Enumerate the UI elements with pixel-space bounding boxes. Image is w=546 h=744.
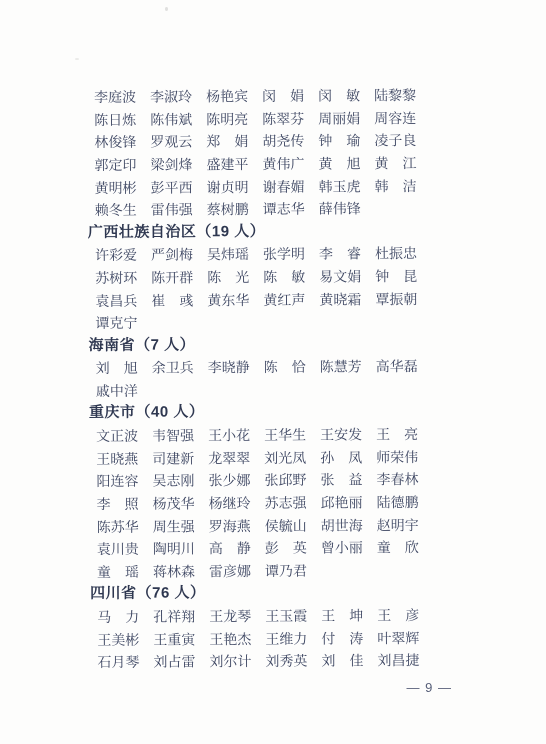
person-name: 凌子良: [374, 131, 416, 151]
person-name: 黄 江: [374, 153, 416, 173]
name-row: 黄明彬彭平西谢贞明谢春媚韩玉虎韩 洁: [95, 174, 455, 199]
name-row: 王晓燕司建新龙翠翠刘光凤孙 凤师荣伟: [96, 445, 456, 470]
person-name: 许彩爱: [95, 245, 137, 265]
person-name: 司建新: [152, 448, 194, 468]
section-header: 重庆市（40 人）: [89, 400, 456, 425]
person-name: 曾小丽: [321, 538, 363, 558]
person-name: 王小花: [208, 425, 250, 445]
person-name: 袁昌兵: [95, 290, 137, 310]
person-name: 黄明彬: [95, 177, 137, 197]
person-name: 阳连容: [96, 471, 138, 491]
person-name: 王安发: [320, 425, 362, 445]
person-name: 陈 光: [207, 267, 249, 287]
person-name: 陈 恰: [264, 357, 306, 377]
person-name: 崔 彧: [151, 290, 193, 310]
person-name: 胡尧传: [262, 131, 304, 151]
person-name: 李 照: [96, 494, 138, 514]
person-name: 陆黎黎: [374, 85, 416, 105]
name-row: 戚中洋: [96, 378, 456, 403]
person-name: 李庭波: [94, 87, 136, 107]
person-name: 杨茂华: [152, 493, 194, 513]
person-name: 张学明: [263, 244, 305, 264]
person-name: 王 彦: [377, 605, 419, 625]
person-name: 高华磊: [376, 356, 418, 376]
person-name: 严剑梅: [151, 245, 193, 265]
person-name: 雷伟强: [151, 200, 193, 220]
person-name: 王艳杰: [209, 629, 251, 649]
person-name: 苏树环: [95, 268, 137, 288]
name-row: 陈日炼陈伟斌陈明亮陈翠芬周丽娟周容连: [94, 106, 454, 131]
person-name: 陈伟斌: [150, 109, 192, 129]
person-name: 李淑玲: [150, 87, 192, 107]
person-name: 刘尔计: [209, 651, 251, 671]
person-name: 陈开群: [151, 267, 193, 287]
person-name: 黄伟广: [262, 154, 304, 174]
name-row: 谭克宁: [95, 310, 455, 335]
person-name: 王玉霞: [265, 606, 307, 626]
name-row: 苏树环陈开群陈 光陈 敏易文娟钟 昆: [95, 265, 455, 290]
person-name: 谭克宁: [95, 313, 137, 333]
person-name: 易文娟: [319, 266, 361, 286]
name-row: 刘 旭余卫兵李晓静陈 恰陈慧芳高华磊: [96, 355, 456, 380]
person-name: 吴炜瑶: [207, 245, 249, 265]
person-name: 戚中洋: [96, 381, 138, 401]
person-name: 苏志强: [264, 493, 306, 513]
person-name: 陈慧芳: [320, 357, 362, 377]
person-name: 刘秀英: [265, 651, 307, 671]
person-name: 刘 旭: [96, 358, 138, 378]
scan-speck: [165, 7, 168, 11]
section-header: 广西壮族自治区（19 人）: [88, 219, 455, 244]
person-name: 谭乃君: [265, 560, 307, 580]
person-name: 张邱野: [264, 470, 306, 490]
person-name: 林俊锋: [94, 132, 136, 152]
person-name: 孔祥翔: [153, 606, 195, 626]
person-name: 胡世海: [321, 515, 363, 535]
person-name: 刘昌捷: [377, 650, 419, 670]
person-name: 王美彬: [97, 629, 139, 649]
person-name: 罗海燕: [209, 516, 251, 536]
page-number: — 9 —: [407, 680, 452, 695]
name-row: 李 照杨茂华杨继玲苏志强邱艳丽陆德鹏: [96, 490, 456, 515]
person-name: 李晓静: [208, 357, 250, 377]
scanned-document-page: 李庭波李淑玲杨艳宾闵 娟闵 敏陆黎黎陈日炼陈伟斌陈明亮陈翠芬周丽娟周容连林俊锋罗…: [0, 0, 546, 744]
person-name: 王 坤: [321, 605, 363, 625]
person-name: 杜振忠: [375, 243, 417, 263]
person-name: 闵 敏: [318, 86, 360, 106]
person-name: 杨继玲: [208, 493, 250, 513]
person-name: 周丽娟: [318, 108, 360, 128]
person-name: 郑 娟: [206, 132, 248, 152]
person-name: 李春林: [376, 469, 418, 489]
person-name: 闵 娟: [262, 86, 304, 106]
name-row: 陈苏华周生强罗海燕侯毓山胡世海赵明宇: [97, 513, 457, 538]
person-name: 郭定印: [94, 155, 136, 175]
person-name: 陈 敏: [263, 267, 305, 287]
person-name: 韩 洁: [375, 176, 417, 196]
person-name: 覃振朝: [375, 289, 417, 309]
person-name: 刘 佳: [321, 651, 363, 671]
person-name: 盛建平: [206, 154, 248, 174]
person-name: 王 亮: [376, 424, 418, 444]
person-name: 陈明亮: [206, 109, 248, 129]
person-name: 蔡树鹏: [207, 199, 249, 219]
person-name: 王华生: [264, 425, 306, 445]
scan-speck: [75, 58, 79, 60]
person-name: 吴志刚: [152, 471, 194, 491]
person-name: 石月琴: [97, 652, 139, 672]
person-name: 王龙琴: [209, 606, 251, 626]
name-row: 阳连容吴志刚张少娜张邱野张 益李春林: [96, 468, 456, 493]
person-name: 蒋林森: [153, 561, 195, 581]
person-name: 黄红声: [263, 289, 305, 309]
person-name: 陈日炼: [94, 110, 136, 130]
person-name: 黄 旭: [318, 153, 360, 173]
name-row: 袁昌兵崔 彧黄东华黄红声黄晓霜覃振朝: [95, 287, 455, 312]
person-name: 王维力: [265, 628, 307, 648]
name-row: 许彩爱严剑梅吴炜瑶张学明李 睿杜振忠: [95, 242, 455, 267]
person-name: 周容连: [374, 108, 416, 128]
person-name: 高 静: [209, 538, 251, 558]
person-name: 彭 英: [265, 538, 307, 558]
person-name: 马 力: [97, 607, 139, 627]
person-name: 刘光凤: [264, 448, 306, 468]
person-name: 师荣伟: [376, 447, 418, 467]
name-row: 林俊锋罗观云郑 娟胡尧传钟 瑜凌子良: [94, 129, 454, 154]
person-name: 张 益: [320, 470, 362, 490]
person-name: 刘占雷: [153, 652, 195, 672]
section-header: 四川省（76 人）: [90, 581, 457, 606]
person-name: 陈苏华: [97, 516, 139, 536]
name-row: 石月琴刘占雷刘尔计刘秀英刘 佳刘昌捷: [97, 649, 457, 674]
person-name: 张少娜: [208, 470, 250, 490]
name-row: 王美彬王重寅王艳杰王维力付 涛叶翠辉: [97, 626, 457, 651]
name-row: 马 力孔祥翔王龙琴王玉霞王 坤王 彦: [97, 603, 457, 628]
person-name: 杨艳宾: [206, 86, 248, 106]
person-name: 童 欣: [377, 537, 419, 557]
person-name: 周生强: [153, 516, 195, 536]
person-name: 梁剑烽: [150, 154, 192, 174]
person-name: 韩玉虎: [319, 176, 361, 196]
name-row: 赖冬生雷伟强蔡树鹏谭志华薛伟锋: [95, 197, 455, 222]
person-name: 王重寅: [153, 629, 195, 649]
person-name: 钟 昆: [375, 266, 417, 286]
person-name: 谢春媚: [263, 176, 305, 196]
person-name: 钟 瑜: [318, 131, 360, 151]
person-name: 谭志华: [263, 199, 305, 219]
name-row: 童 瑶蒋林森雷彦娜谭乃君: [97, 558, 457, 583]
person-name: 赖冬生: [95, 200, 137, 220]
person-name: 谢贞明: [207, 177, 249, 197]
person-name: 李 睿: [319, 244, 361, 264]
person-name: 童 瑶: [97, 562, 139, 582]
person-name: 陆德鹏: [376, 492, 418, 512]
person-name: 邱艳丽: [320, 492, 362, 512]
person-name: 陈翠芬: [262, 109, 304, 129]
person-name: 孙 凤: [320, 447, 362, 467]
section-header: 海南省（7 人）: [89, 332, 456, 357]
person-name: 侯毓山: [265, 515, 307, 535]
person-name: 付 涛: [321, 628, 363, 648]
name-row: 袁川贵陶明川高 静彭 英曾小丽童 欣: [97, 536, 457, 561]
name-list: 李庭波李淑玲杨艳宾闵 娟闵 敏陆黎黎陈日炼陈伟斌陈明亮陈翠芬周丽娟周容连林俊锋罗…: [94, 84, 458, 674]
person-name: 赵明宇: [377, 515, 419, 535]
person-name: 薛伟锋: [319, 199, 361, 219]
person-name: 叶翠辉: [377, 628, 419, 648]
name-row: 文正波韦智强王小花王华生王安发王 亮: [96, 423, 456, 448]
person-name: 彭平西: [151, 177, 193, 197]
person-name: 韦智强: [152, 426, 194, 446]
person-name: 王晓燕: [96, 449, 138, 469]
person-name: 余卫兵: [152, 358, 194, 378]
person-name: 龙翠翠: [208, 448, 250, 468]
person-name: 雷彦娜: [209, 561, 251, 581]
person-name: 陶明川: [153, 539, 195, 559]
person-name: 罗观云: [150, 132, 192, 152]
name-row: 李庭波李淑玲杨艳宾闵 娟闵 敏陆黎黎: [94, 84, 454, 109]
person-name: 袁川贵: [97, 539, 139, 559]
person-name: 文正波: [96, 426, 138, 446]
person-name: 黄晓霜: [319, 289, 361, 309]
person-name: 黄东华: [207, 290, 249, 310]
name-row: 郭定印梁剑烽盛建平黄伟广黄 旭黄 江: [94, 152, 454, 177]
